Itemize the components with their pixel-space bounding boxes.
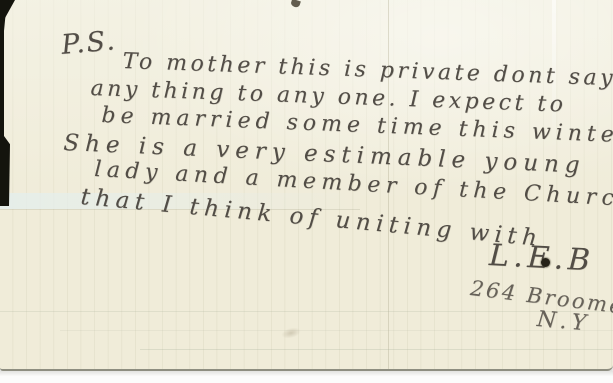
ink-blot xyxy=(541,258,550,267)
scanner-bed-strip xyxy=(0,371,613,383)
faint-rule-line xyxy=(60,330,613,331)
faint-rule-line xyxy=(140,349,613,350)
paper-smudge xyxy=(280,326,302,341)
signature-state: N.Y xyxy=(536,307,592,337)
faint-rule-line xyxy=(0,311,613,312)
letter-scan: P.S. To mother this is private dont say … xyxy=(0,0,613,383)
postscript-label: P.S. xyxy=(60,25,118,61)
